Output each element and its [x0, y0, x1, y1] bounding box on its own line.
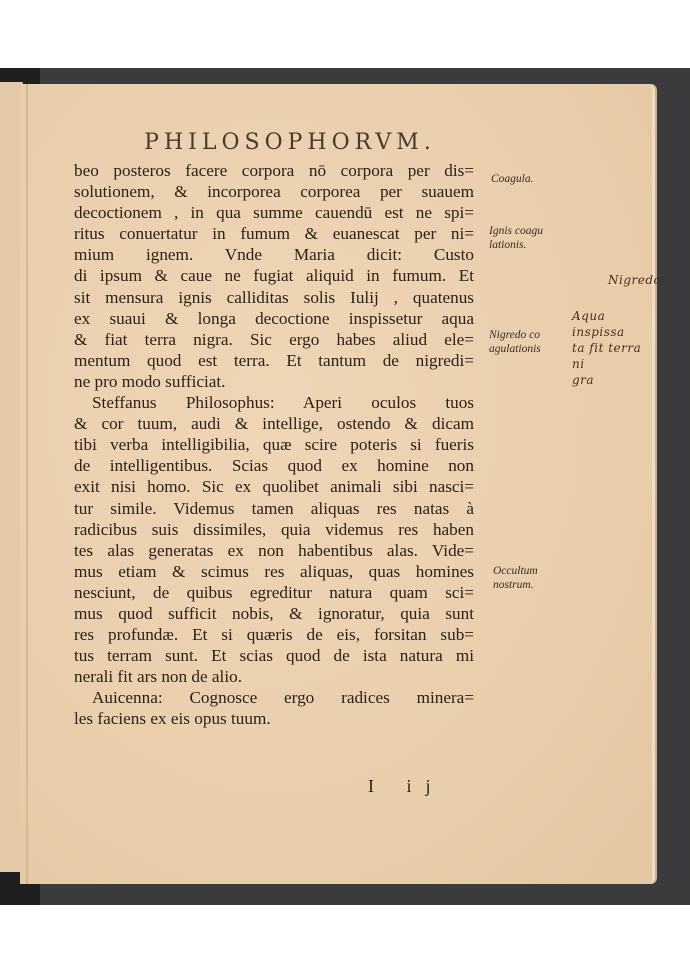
handwritten-annotation: Aqua inspissata fit terra nigra	[572, 308, 652, 388]
text-line: mus etiam & scimus res aliquas, quas hom…	[74, 561, 474, 582]
handwritten-annotation: Nigredo	[608, 272, 661, 288]
text-line: mus quod sufficit nobis, & ignoratur, qu…	[74, 603, 474, 624]
text-line: beo posteros facere corpora nō corpora p…	[74, 160, 474, 181]
printed-margin-note: Nigredo coagulationis	[489, 328, 541, 356]
book-page: PHILOSOPHORVM. beo posteros facere corpo…	[20, 84, 655, 884]
text-line: mentum quod est terra. Et tantum de nigr…	[74, 350, 474, 371]
gutter-line	[26, 84, 28, 884]
body-text: beo posteros facere corpora nō corpora p…	[74, 160, 474, 730]
text-line: nesciunt, de quibus egreditur natura qua…	[74, 582, 474, 603]
text-line: tes alas generatas ex non habentibus ala…	[74, 540, 474, 561]
text-line: les faciens ex eis opus tuum.	[74, 708, 474, 729]
text-line: Auicenna: Cognosce ergo radices minera=	[74, 687, 474, 708]
text-line: exit nisi homo. Sic ex quolibet animali …	[74, 476, 474, 497]
running-head: PHILOSOPHORVM.	[120, 130, 460, 155]
text-line: Steffanus Philosophus: Aperi oculos tuos	[74, 392, 474, 413]
text-line: res profundæ. Et si quæris de eis, forsi…	[74, 624, 474, 645]
text-line: de intelligentibus. Scias quod ex homine…	[74, 455, 474, 476]
text-line: decoctionem , in qua summe cauendū est n…	[74, 202, 474, 223]
text-line: ritus conuertatur in fumum & euanescat p…	[74, 223, 474, 244]
text-line: mium ignem. Vnde Maria dicit: Custo	[74, 244, 474, 265]
text-line: & fiat terra nigra. Sic ergo habes aliud…	[74, 329, 474, 350]
text-line: ex suaui & longa decoctione inspissetur …	[74, 308, 474, 329]
text-line: sit mensura ignis calliditas solis Iulij…	[74, 287, 474, 308]
text-line: tur simile. Videmus tamen aliquas res na…	[74, 498, 474, 519]
text-line: solutionem, & incorporea corporea per su…	[74, 181, 474, 202]
text-line: ne pro modo sufficiat.	[74, 371, 474, 392]
text-line: radicibus suis dissimiles, quia videmus …	[74, 519, 474, 540]
text-line: tibi verba intelligibilia, quæ scire pot…	[74, 434, 474, 455]
printed-margin-note: Occultumnostrum.	[493, 564, 538, 592]
text-line: & cor tuum, audi & intellige, ostendo & …	[74, 413, 474, 434]
text-line: tus terram sunt. Et scias quod de ista n…	[74, 645, 474, 666]
signature-mark: I ij	[368, 776, 445, 797]
printed-margin-note: Coagula.	[491, 172, 534, 186]
printed-margin-note: Ignis coagulationis.	[489, 224, 543, 252]
text-line: nerali fit ars non de alio.	[74, 666, 474, 687]
text-line: di ipsum & caue ne fugiat aliquid in fum…	[74, 265, 474, 286]
